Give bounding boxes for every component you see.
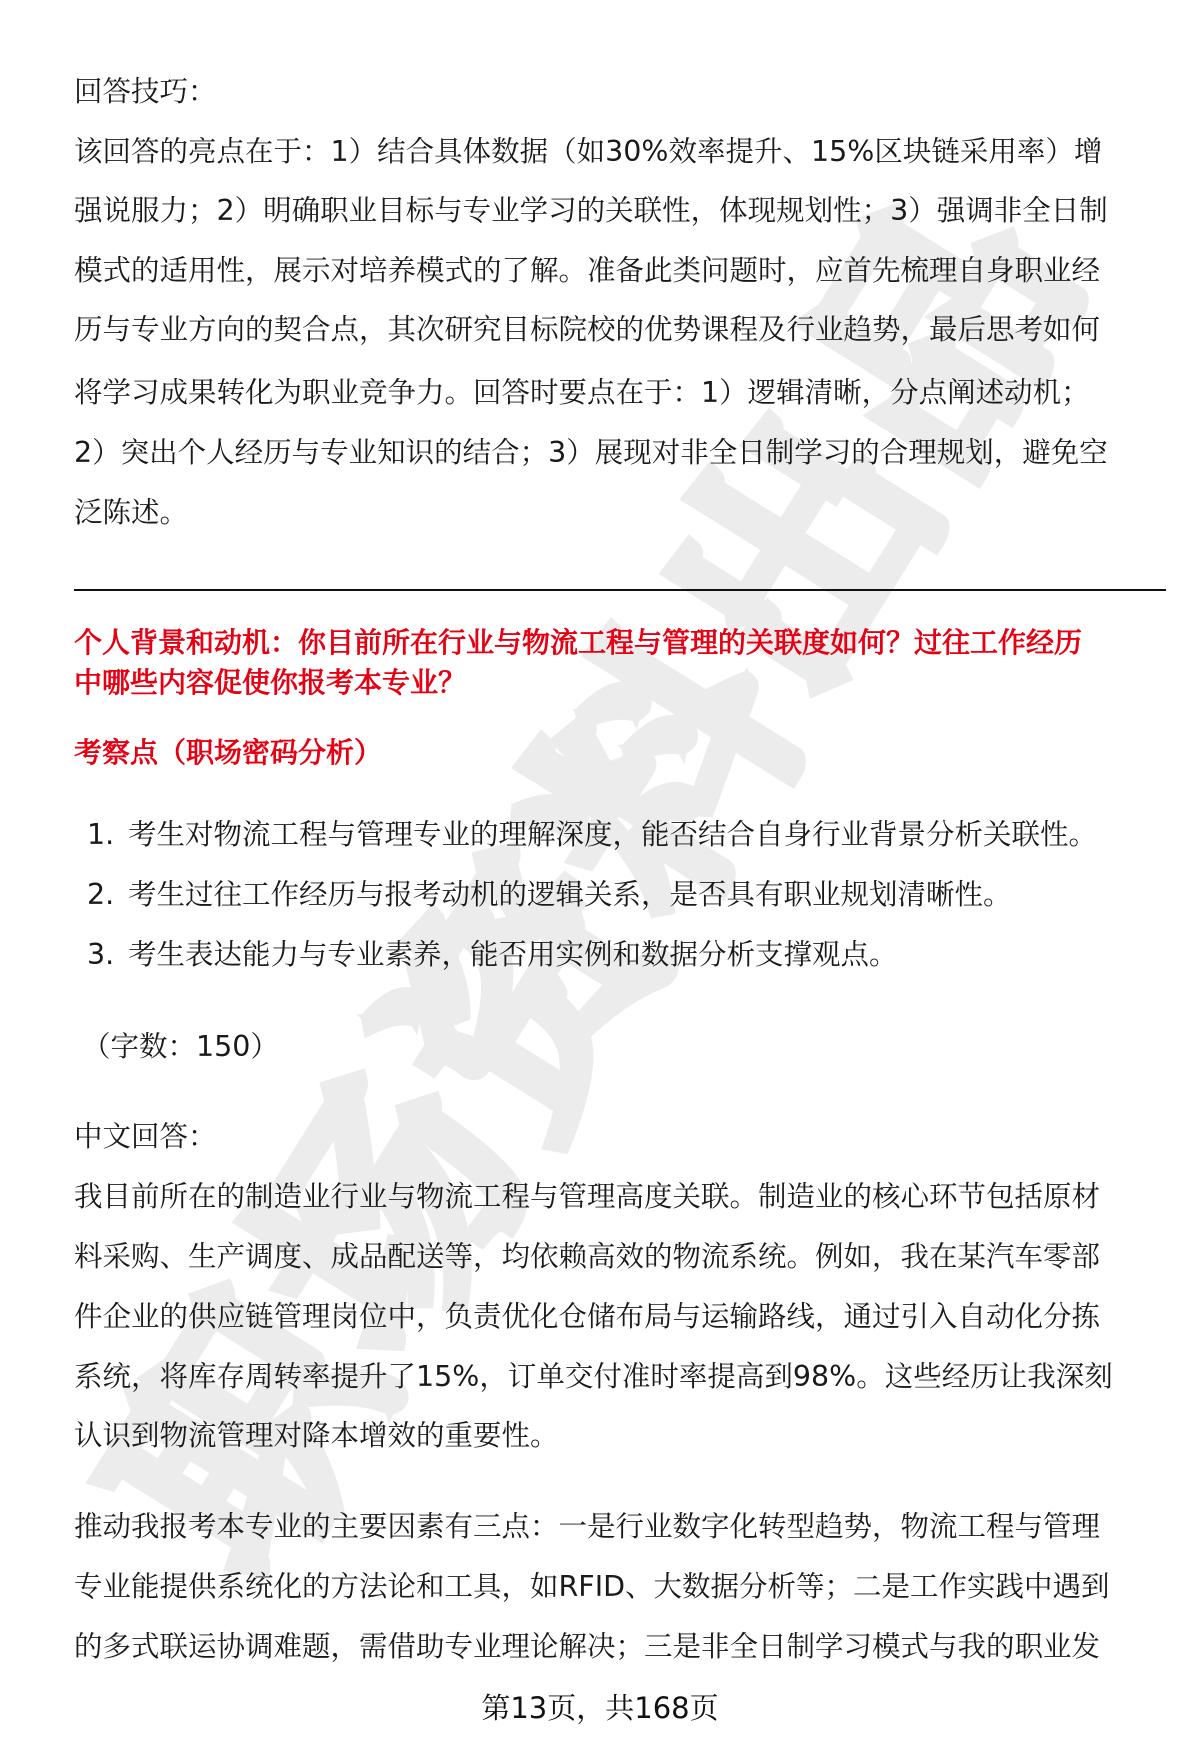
answer-line: 推动我报考本专业的主要因素有三点：一是行业数字化转型趋势，物流工程与管理 [74, 1507, 1100, 1547]
page-number: 第13页，共168页 [0, 1688, 1200, 1728]
list-text: 考生表达能力与专业素养，能否用实例和数据分析支撑观点。 [128, 935, 898, 975]
answer-line: 专业能提供系统化的方法论和工具，如RFID、大数据分析等；二是工作实践中遇到 [74, 1567, 1110, 1607]
tips-line: 该回答的亮点在于：1）结合具体数据（如30%效率提升、15%区块链采用率）增 [74, 132, 1102, 172]
tips-line: 模式的适用性，展示对培养模式的了解。准备此类问题时，应首先梳理自身职业经 [74, 251, 1100, 291]
word-count: （字数：150） [82, 1027, 279, 1067]
answer-line: 件企业的供应链管理岗位中，负责优化仓储布局与运输路线，通过引入自动化分拣 [74, 1297, 1100, 1337]
answer-line: 我目前所在的制造业行业与物流工程与管理高度关联。制造业的核心环节包括原材 [74, 1177, 1100, 1217]
tips-heading: 回答技巧： [74, 72, 217, 112]
tips-line: 2）突出个人经历与专业知识的结合；3）展现对非全日制学习的合理规划，避免空 [74, 433, 1108, 473]
list-text: 考生过往工作经历与报考动机的逻辑关系，是否具有职业规划清晰性。 [128, 875, 1012, 915]
list-text: 考生对物流工程与管理专业的理解深度，能否结合自身行业背景分析关联性。 [128, 815, 1097, 855]
answer-line: 认识到物流管理对降本增效的重要性。 [74, 1416, 559, 1456]
list-number: 1. [87, 815, 114, 855]
answer-heading: 中文回答： [74, 1117, 217, 1157]
tips-line: 将学习成果转化为职业竞争力。回答时要点在于：1）逻辑清晰，分点阐述动机； [74, 373, 1090, 413]
assessment-heading: 考察点（职场密码分析） [74, 733, 382, 773]
answer-line: 的多式联运协调难题，需借助专业理论解决；三是非全日制学习模式与我的职业发 [74, 1627, 1100, 1667]
list-number: 3. [87, 935, 114, 975]
tips-line: 强说服力；2）明确职业目标与专业学习的关联性，体现规划性；3）强调非全日制 [74, 191, 1108, 231]
tips-line: 泛陈述。 [74, 493, 188, 533]
question-heading-line: 中哪些内容促使你报考本专业？ [74, 663, 466, 703]
question-heading-line: 个人背景和动机：你目前所在行业与物流工程与管理的关联度如何？过往工作经历 [74, 623, 1082, 663]
section-divider [74, 589, 1166, 591]
answer-line: 系统，将库存周转率提升了15%，订单交付准时率提高到98%。这些经历让我深刻 [74, 1357, 1113, 1397]
document-page: 职场资料出品 回答技巧： 该回答的亮点在于：1）结合具体数据（如30%效率提升、… [0, 0, 1200, 1755]
tips-line: 历与专业方向的契合点，其次研究目标院校的优势课程及行业趋势，最后思考如何 [74, 310, 1100, 350]
answer-line: 料采购、生产调度、成品配送等，均依赖高效的物流系统。例如，我在某汽车零部 [74, 1237, 1100, 1277]
list-number: 2. [87, 875, 114, 915]
